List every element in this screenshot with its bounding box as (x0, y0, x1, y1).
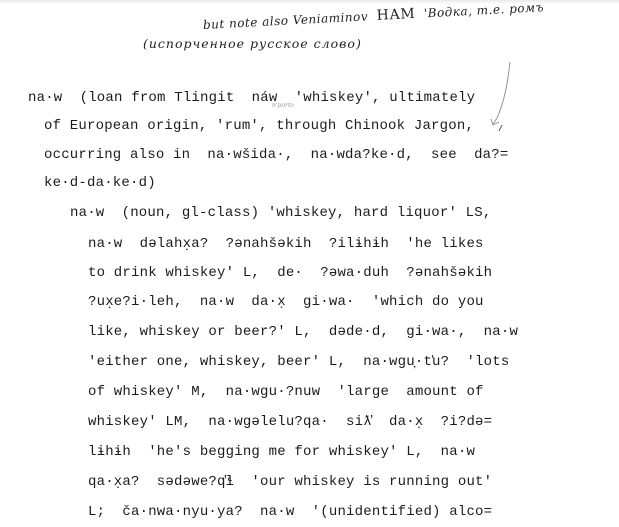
handwritten-note-line-2: (испорченное русское слово) (143, 36, 362, 51)
subentry-line: lɨhɨh 'he's begging me for whiskey' L, n… (88, 444, 475, 460)
subentry-line: na·w dəlahx̣a? ?ənahšəkih ?ilɨhɨh 'he li… (88, 236, 484, 252)
entry-header-line: na·w (loan from Tlingit náw 'whiskey', u… (28, 90, 475, 106)
handwritten-note-prefix: but note also Veniaminov (203, 9, 369, 32)
subentry-line: to drink whiskey' L, de· ?əwa·duh ?ənahš… (88, 265, 492, 281)
subentry-line: ?ux̣e?i·leh, na·w da·x̣ gi·wa· 'which do… (88, 294, 484, 310)
entry-header-line: occurring also in na·wšida·, na·wda?ke·d… (44, 147, 508, 163)
subentry-line: L; ča·nwa·nyu·ya? na·w '(unidentified) a… (88, 504, 492, 520)
handwritten-note-cyrillic-word: НАМ (376, 6, 415, 24)
subentry-line: like, whiskey or beer?' L, dəde·d, gi·wa… (88, 324, 518, 340)
entry-header-line: of European origin, 'rum', through Chino… (44, 118, 474, 134)
subentry-line: whiskey' LM, na·wgəlelu?qa· siƛ̓ da·x̣ ?… (88, 414, 492, 430)
subentry-line: of whiskey' M, na·wgu·?nuw 'large amount… (88, 384, 484, 400)
subentry-line: qa·x̣a? sədəwe?q̓ɬ 'our whiskey is runni… (88, 474, 492, 490)
subentry-line: na·w (noun, gl-class) 'whiskey, hard liq… (70, 205, 491, 221)
entry-header-line: ke·d-da·ke·d) (44, 175, 156, 191)
handwritten-note-line-1: but note also Veniaminov НАМ 'Водка, т.е… (203, 0, 545, 33)
subentry-line: 'either one, whiskey, beer' L, na·wgu̦·t… (88, 354, 509, 370)
